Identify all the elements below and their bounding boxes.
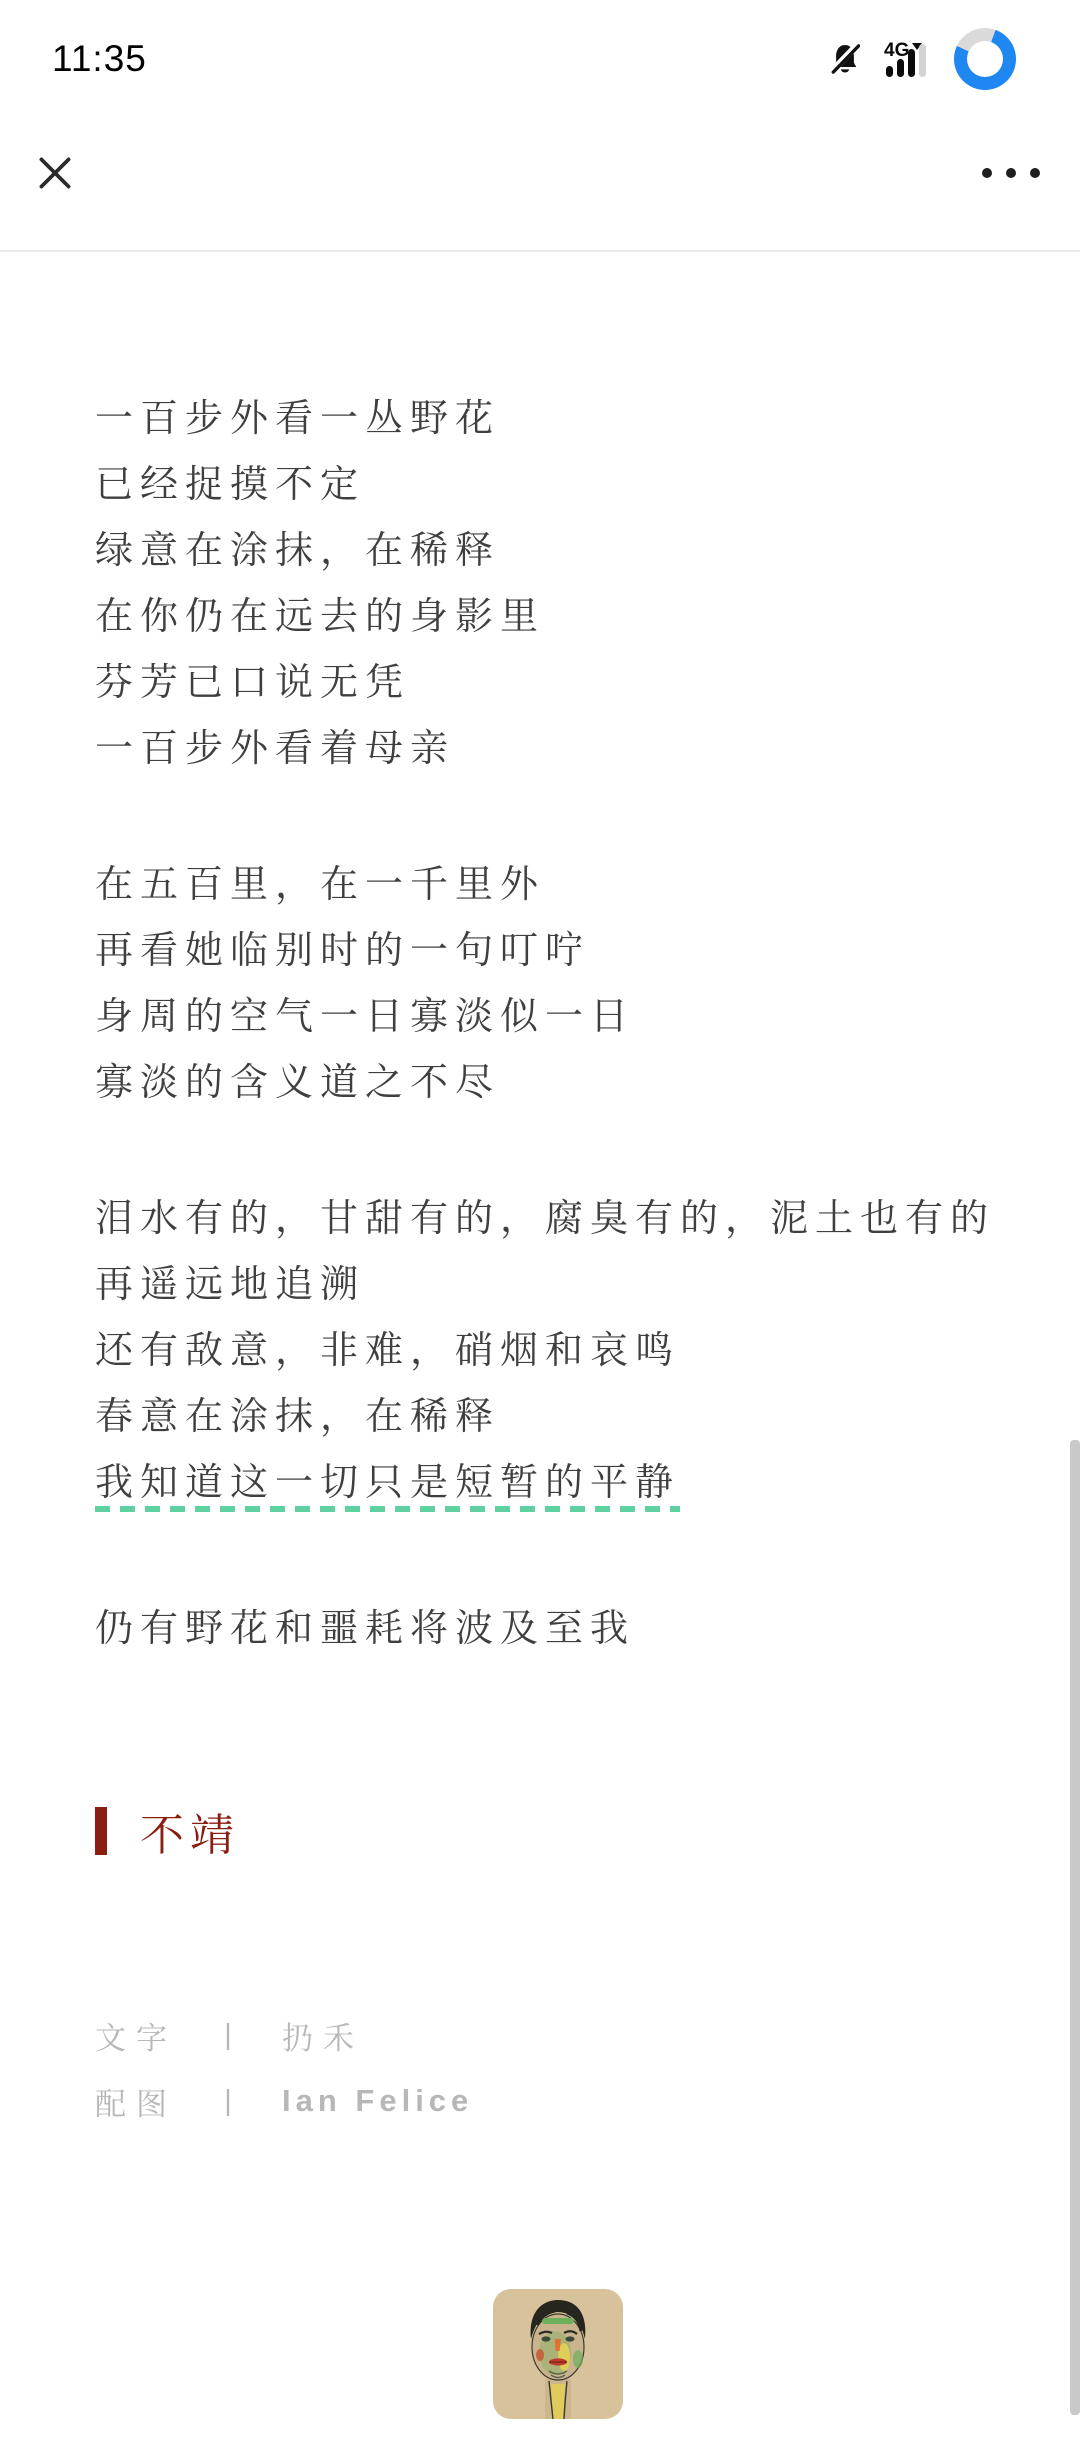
poem-line: 寡淡的含义道之不尽 xyxy=(95,1050,1020,1116)
poem-line: 我知道这一切只是短暂的平静 xyxy=(95,1450,1020,1516)
poem-line: 已经捉摸不定 xyxy=(95,452,1020,518)
poem-line: 身周的空气一日寡淡似一日 xyxy=(95,984,1020,1050)
status-bar: 11:35 4G xyxy=(0,0,1080,96)
credit-separator: | xyxy=(218,2019,238,2052)
poem-line: 在你仍在远去的身影里 xyxy=(95,584,1020,650)
credit-value-author: 扔禾 xyxy=(282,2013,364,2058)
credit-label: 配图 xyxy=(95,2079,218,2124)
poem-title-block: 不靖 xyxy=(95,1798,1020,1864)
poem-line: 一百步外看一丛野花 xyxy=(95,386,1020,452)
poem-line: 再看她临别时的一句叮咛 xyxy=(95,918,1020,984)
poem-line-underlined: 我知道这一切只是短暂的平静 xyxy=(95,1462,680,1512)
scrollbar-thumb[interactable] xyxy=(1070,1440,1080,2415)
poem-stanza-4: 仍有野花和噩耗将波及至我 xyxy=(95,1596,1020,1662)
poem-line: 还有敌意，非难，硝烟和哀鸣 xyxy=(95,1318,1020,1384)
poem-line: 一百步外看着母亲 xyxy=(95,716,1020,782)
wechat-article-screen: 11:35 4G xyxy=(0,0,1080,2442)
credit-value-illustrator: Ian Felice xyxy=(282,2083,473,2119)
muted-bell-icon xyxy=(830,42,860,76)
credits-block: 文字 | 扔禾 配图 | Ian Felice xyxy=(95,2002,1020,2134)
portrait-painting xyxy=(493,2289,623,2419)
poem-title: 不靖 xyxy=(140,1799,240,1863)
credit-row-illustration: 配图 | Ian Felice xyxy=(95,2068,1020,2134)
article-nav-bar xyxy=(0,96,1080,252)
poem-line: 芬芳已口说无凭 xyxy=(95,650,1020,716)
poem-line: 绿意在涂抹，在稀释 xyxy=(95,518,1020,584)
credit-label: 文字 xyxy=(95,2013,218,2058)
signal-4g-label: 4G xyxy=(884,40,909,61)
poem-line: 再遥远地追溯 xyxy=(95,1252,1020,1318)
title-accent-bar xyxy=(95,1807,107,1855)
article-thumbnail-image[interactable] xyxy=(493,2289,623,2419)
close-button[interactable] xyxy=(32,150,78,196)
more-button[interactable] xyxy=(982,168,1040,178)
more-icon xyxy=(982,168,992,178)
poem-line: 仍有野花和噩耗将波及至我 xyxy=(95,1596,1020,1662)
more-icon xyxy=(1030,168,1040,178)
poem-stanza-1: 一百步外看一丛野花 已经捉摸不定 绿意在涂抹，在稀释 在你仍在远去的身影里 芬芳… xyxy=(95,386,1020,782)
battery-ring-hole xyxy=(967,41,1003,77)
poem-stanza-3: 泪水有的，甘甜有的，腐臭有的，泥土也有的 再遥远地追溯 还有敌意，非难，硝烟和哀… xyxy=(95,1186,1020,1516)
signal-4g-icon: 4G xyxy=(882,39,932,79)
poem-line: 春意在涂抹，在稀释 xyxy=(95,1384,1020,1450)
article-body: 一百步外看一丛野花 已经捉摸不定 绿意在涂抹，在稀释 在你仍在远去的身影里 芬芳… xyxy=(0,252,1080,2419)
status-icons: 4G xyxy=(830,28,1016,90)
credit-row-text: 文字 | 扔禾 xyxy=(95,2002,1020,2068)
battery-ring-icon xyxy=(954,28,1016,90)
more-icon xyxy=(1006,168,1016,178)
close-icon xyxy=(32,150,78,196)
status-time: 11:35 xyxy=(52,38,147,80)
poem-stanza-2: 在五百里，在一千里外 再看她临别时的一句叮咛 身周的空气一日寡淡似一日 寡淡的含… xyxy=(95,852,1020,1116)
poem-line: 泪水有的，甘甜有的，腐臭有的，泥土也有的 xyxy=(95,1186,1020,1252)
poem-line: 在五百里，在一千里外 xyxy=(95,852,1020,918)
credit-separator: | xyxy=(218,2085,238,2118)
